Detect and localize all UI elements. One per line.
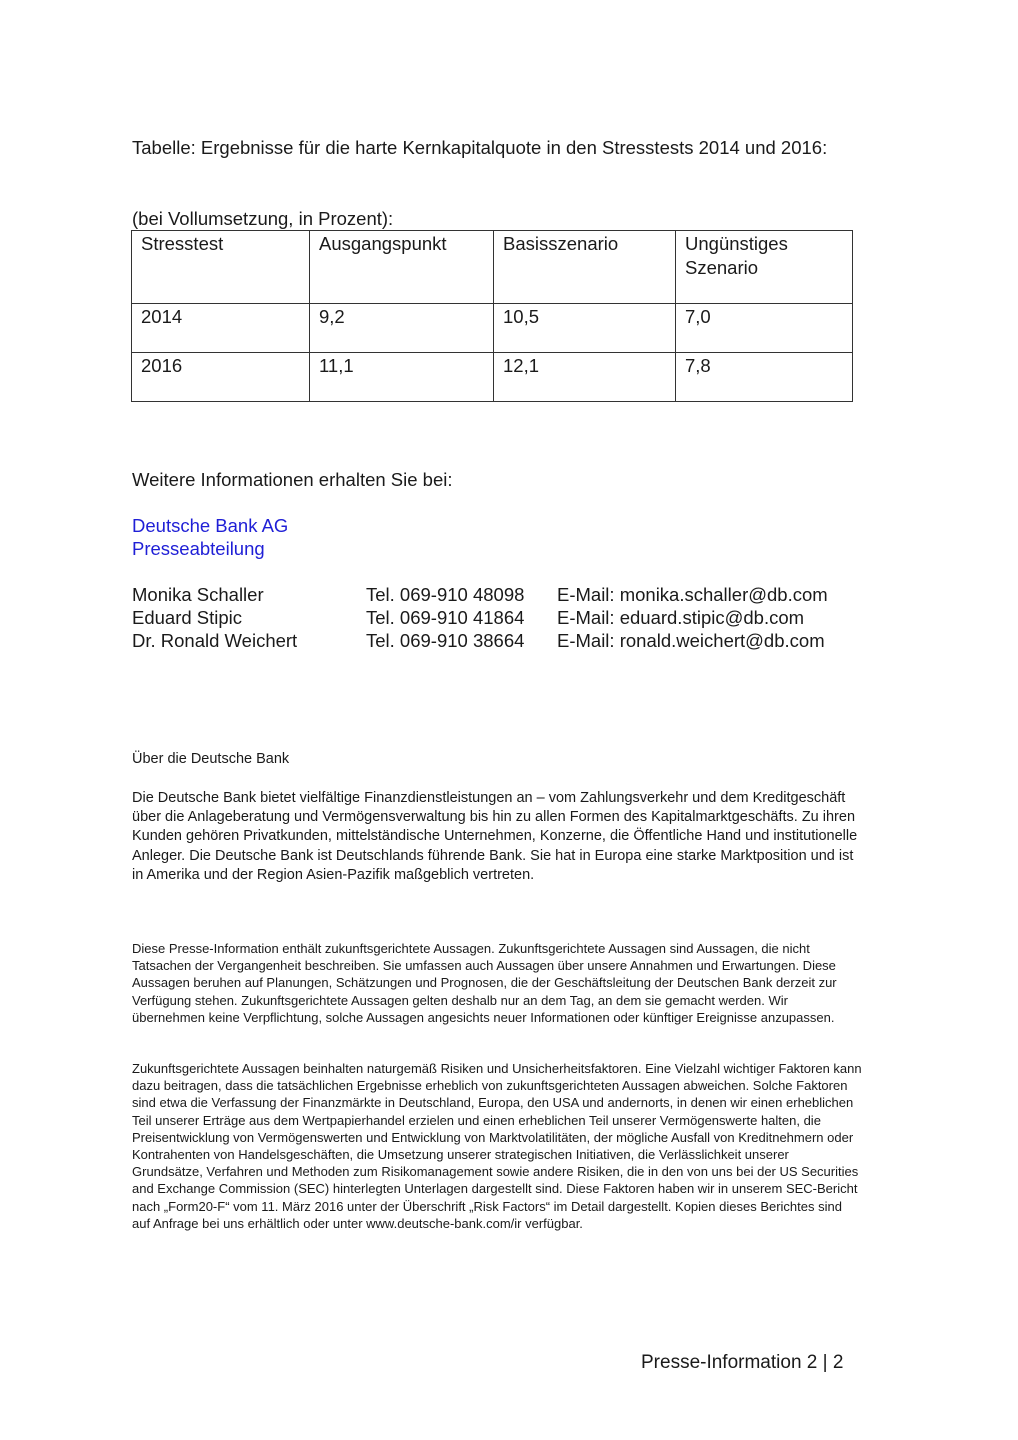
contact-row: Dr. Ronald Weichert Tel. 069-910 38664 E… <box>132 629 828 652</box>
table-header-row: Stresstest Ausgangspunkt Basisszenario U… <box>132 231 853 304</box>
table-cell: 11,1 <box>310 353 494 402</box>
department-name: Presseabteilung <box>132 537 288 560</box>
table-cell: 2016 <box>132 353 310 402</box>
organization-name: Deutsche Bank AG <box>132 514 288 537</box>
table-cell: 12,1 <box>494 353 676 402</box>
disclaimer-paragraph: Diese Presse-Information enthält zukunft… <box>132 940 862 1026</box>
contact-row: Eduard Stipic Tel. 069-910 41864 E-Mail:… <box>132 606 828 629</box>
info-intro: Weitere Informationen erhalten Sie bei: <box>132 469 453 491</box>
table-cell: 2014 <box>132 304 310 353</box>
contact-email[interactable]: E-Mail: ronald.weichert@db.com <box>557 629 825 652</box>
contact-name: Monika Schaller <box>132 583 366 606</box>
contact-phone: Tel. 069-910 48098 <box>366 583 557 606</box>
contact-email[interactable]: E-Mail: monika.schaller@db.com <box>557 583 828 606</box>
table-cell: 7,8 <box>676 353 853 402</box>
about-body: Die Deutsche Bank bietet vielfältige Fin… <box>132 789 862 885</box>
disclaimer-paragraph: Zukunftsgerichtete Aussagen beinhalten n… <box>132 1060 862 1232</box>
table-row: 2016 11,1 12,1 7,8 <box>132 353 853 402</box>
header-cell: Stresstest <box>132 231 310 304</box>
table-caption: Tabelle: Ergebnisse für die harte Kernka… <box>132 136 852 160</box>
contact-name: Eduard Stipic <box>132 606 366 629</box>
about-title: Über die Deutsche Bank <box>132 751 289 767</box>
header-cell: Ausgangspunkt <box>310 231 494 304</box>
contact-list: Monika Schaller Tel. 069-910 48098 E-Mai… <box>132 583 828 652</box>
header-cell: Basisszenario <box>494 231 676 304</box>
contact-name: Dr. Ronald Weichert <box>132 629 366 652</box>
table-row: 2014 9,2 10,5 7,0 <box>132 304 853 353</box>
contact-row: Monika Schaller Tel. 069-910 48098 E-Mai… <box>132 583 828 606</box>
organization-block: Deutsche Bank AG Presseabteilung <box>132 514 288 560</box>
page-footer: Presse-Information 2 | 2 <box>641 1352 843 1374</box>
results-table: Stresstest Ausgangspunkt Basisszenario U… <box>131 230 853 402</box>
contact-email[interactable]: E-Mail: eduard.stipic@db.com <box>557 606 804 629</box>
table-cell: 7,0 <box>676 304 853 353</box>
contact-phone: Tel. 069-910 41864 <box>366 606 557 629</box>
table-subcaption: (bei Vollumsetzung, in Prozent): <box>132 207 393 231</box>
header-cell: Ungünstiges Szenario <box>676 231 853 304</box>
contact-phone: Tel. 069-910 38664 <box>366 629 557 652</box>
table-cell: 9,2 <box>310 304 494 353</box>
table-cell: 10,5 <box>494 304 676 353</box>
